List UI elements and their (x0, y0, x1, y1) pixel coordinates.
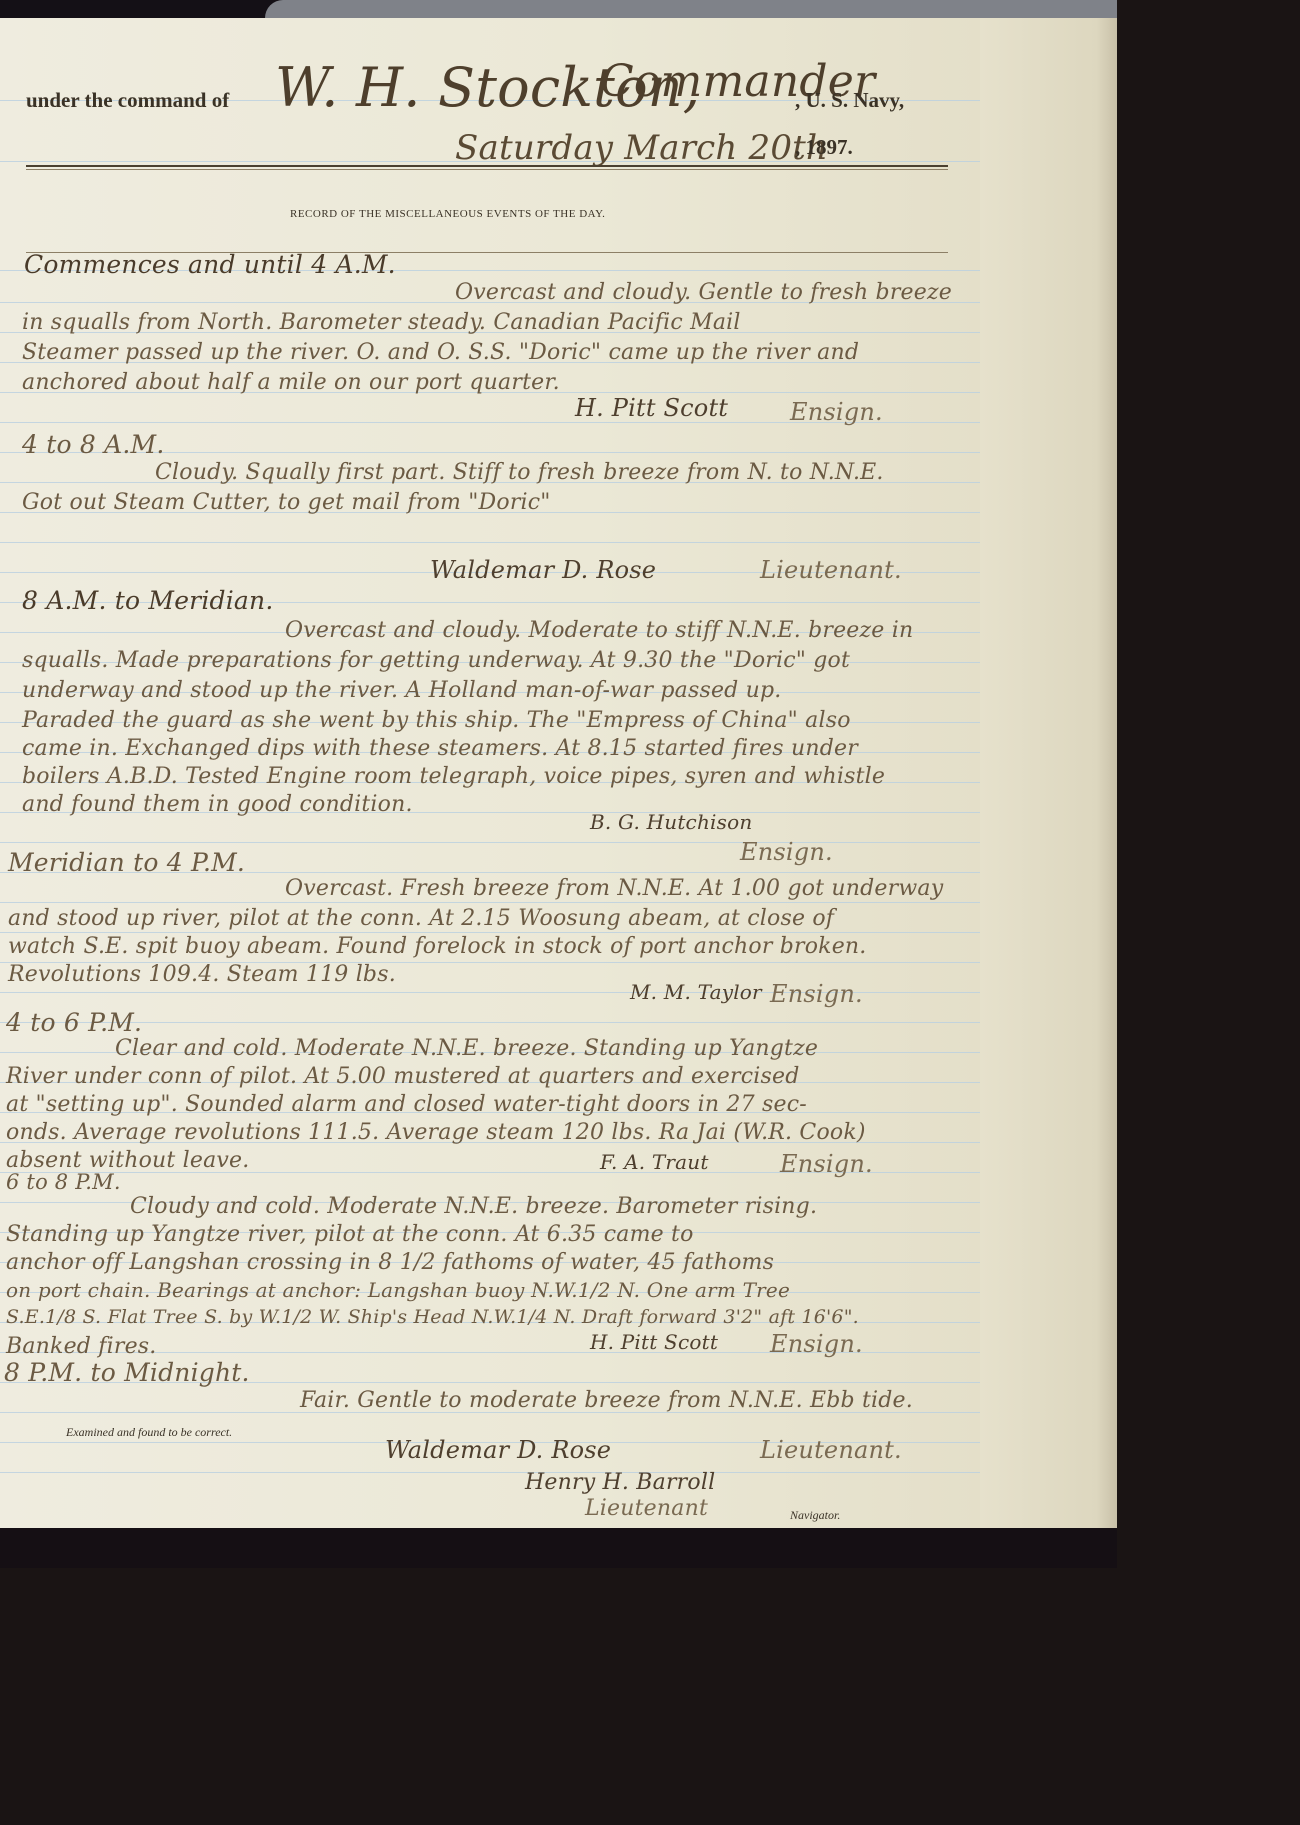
ruled-line (0, 842, 1000, 843)
log-line: in squalls from North. Barometer steady.… (22, 310, 741, 335)
log-line: Overcast. Fresh breeze from N.N.E. At 1.… (285, 876, 943, 901)
log-line: Steamer passed up the river. O. and O. S… (22, 340, 859, 365)
officer-rank: Ensign. (770, 1330, 863, 1358)
log-line: anchor off Langshan crossing in 8 1/2 fa… (6, 1250, 774, 1275)
log-page: under the command of W. H. Stockton, Com… (0, 18, 980, 1528)
log-line: Cloudy. Squally first part. Stiff to fre… (155, 460, 884, 485)
watch-heading: 8 P.M. to Midnight. (4, 1358, 250, 1387)
officer-rank: Ensign. (770, 980, 863, 1008)
background-bottom (0, 1528, 1117, 1568)
log-line: came in. Exchanged dips with these steam… (22, 736, 858, 761)
log-line: Cloudy and cold. Moderate N.N.E. breeze.… (130, 1194, 817, 1219)
officer-signature: Waldemar D. Rose (430, 556, 656, 584)
log-line: watch S.E. spit buoy abeam. Found forelo… (8, 934, 866, 959)
log-line: Clear and cold. Moderate N.N.E. breeze. … (115, 1036, 818, 1061)
log-line: Paraded the guard as she went by this sh… (22, 708, 851, 733)
log-line: anchored about half a mile on our port q… (22, 370, 560, 395)
printed-command-prefix: under the command of (26, 88, 229, 113)
printed-us-navy: , U. S. Navy, (795, 88, 904, 113)
log-line: Fair. Gentle to moderate breeze from N.N… (300, 1388, 913, 1413)
ruled-line (0, 932, 1000, 933)
officer-rank: Ensign. (790, 398, 883, 426)
watch-heading: 6 to 8 P.M. (6, 1170, 121, 1194)
log-line: S.E.1/8 S. Flat Tree S. by W.1/2 W. Ship… (6, 1306, 859, 1328)
watch-heading: 4 to 8 A.M. (22, 430, 165, 459)
ruled-line (0, 1472, 1000, 1473)
log-line: River under conn of pilot. At 5.00 muste… (6, 1064, 800, 1089)
watch-heading: Commences and until 4 A.M. (24, 250, 396, 279)
executive-officer-signature: Waldemar D. Rose (385, 1436, 611, 1464)
officer-rank: Lieutenant. (760, 556, 902, 584)
log-line: Revolutions 109.4. Steam 119 lbs. (8, 962, 396, 987)
officer-rank: Ensign. (780, 1150, 873, 1178)
watch-heading: Meridian to 4 P.M. (8, 848, 245, 877)
log-year: , 1897. (795, 135, 853, 160)
log-date: Saturday March 20th (455, 128, 828, 168)
officer-signature: H. Pitt Scott (590, 1330, 718, 1354)
log-line: squalls. Made preparations for getting u… (22, 648, 850, 673)
log-line: Overcast and cloudy. Moderate to stiff N… (285, 618, 913, 643)
officer-signature: F. A. Traut (600, 1150, 709, 1174)
log-line: onds. Average revolutions 111.5. Average… (6, 1120, 866, 1145)
examined-statement: Examined and found to be correct. (66, 1425, 232, 1440)
log-line: Standing up Yangtze river, pilot at the … (6, 1222, 694, 1247)
background-top (0, 0, 1117, 20)
navigator-rank: Lieutenant (585, 1496, 708, 1521)
ruled-line (0, 902, 1000, 903)
header-rule-thin (26, 169, 948, 170)
officer-rank: Ensign. (740, 838, 833, 866)
log-line: underway and stood up the river. A Holla… (22, 678, 781, 703)
ruled-line (0, 1022, 1000, 1023)
section-title: RECORD OF THE MISCELLANEOUS EVENTS OF TH… (290, 208, 605, 220)
book-cover-edge (265, 0, 1117, 20)
log-line: Got out Steam Cutter, to get mail from "… (22, 490, 551, 515)
log-line: Overcast and cloudy. Gentle to fresh bre… (455, 280, 952, 305)
officer-signature: H. Pitt Scott (575, 394, 728, 422)
log-line: at "setting up". Sounded alarm and close… (6, 1092, 807, 1117)
log-line: Banked fires. (6, 1334, 156, 1359)
page-edge (980, 18, 1117, 1528)
navigator-signature: Henry H. Barroll (525, 1470, 715, 1495)
header-rule (26, 165, 948, 167)
officer-signature: B. G. Hutchison (590, 810, 752, 834)
navigator-printed-label: Navigator. (790, 1508, 840, 1523)
log-line: boilers A.B.D. Tested Engine room telegr… (22, 764, 885, 789)
log-line: and stood up river, pilot at the conn. A… (8, 906, 834, 931)
officer-signature: M. M. Taylor (630, 980, 762, 1004)
log-line: and found them in good condition. (22, 792, 413, 817)
watch-heading: 4 to 6 P.M. (6, 1008, 142, 1037)
ruled-line (0, 542, 1000, 543)
watch-heading: 8 A.M. to Meridian. (22, 586, 273, 615)
log-line: on port chain. Bearings at anchor: Langs… (6, 1278, 790, 1302)
executive-officer-rank: Lieutenant. (760, 1436, 902, 1464)
